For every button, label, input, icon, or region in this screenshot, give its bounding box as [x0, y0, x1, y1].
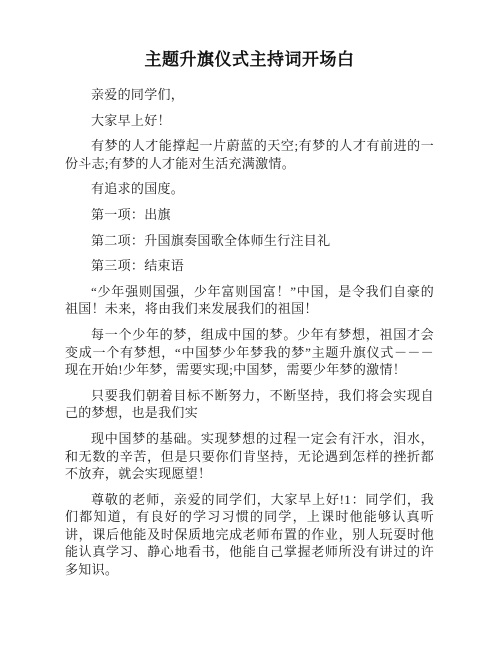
- paragraph-teachers-students: 尊敬的老师，亲爱的同学们，大家早上好!1：同学们，我们都知道，有良好的学习习惯的…: [65, 491, 434, 579]
- paragraph-good-morning: 大家早上好！: [65, 112, 434, 130]
- document-page: 主题升旗仪式主持词开场白 亲爱的同学们， 大家早上好！ 有梦的人才能撑起一片蔚蓝…: [0, 0, 500, 646]
- paragraph-pursuit: 有追求的国度。: [65, 180, 434, 198]
- paragraph-china-dream: 每一个少年的梦，组成中国的梦。少年有梦想，祖国才会变成一个有梦想，“中国梦少年梦…: [65, 326, 434, 379]
- paragraph-quote-strong-nation: “少年强则国强，少年富则国富！”中国，是令我们自豪的祖国！未来，将由我们来发展我…: [65, 283, 434, 318]
- paragraph-persist-goal: 只要我们朝着目标不断努力，不断坚持，我们将会实现自己的梦想，也是我们实: [65, 387, 434, 422]
- paragraph-dream-intro: 有梦的人才能撑起一片蔚蓝的天空;有梦的人才有前进的一份斗志;有梦的人才能对生活充…: [65, 137, 434, 172]
- paragraph-item-3: 第三项：结束语: [65, 257, 434, 275]
- paragraph-realize-dream: 现中国梦的基础。实现梦想的过程一定会有汗水，泪水，和无数的辛苦，但是只要你们肯坚…: [65, 430, 434, 483]
- paragraph-item-1: 第一项：出旗: [65, 206, 434, 224]
- document-title: 主题升旗仪式主持词开场白: [65, 48, 434, 72]
- paragraph-item-2: 第二项：升国旗奏国歌全体师生行注目礼: [65, 232, 434, 250]
- paragraph-greeting: 亲爱的同学们，: [65, 86, 434, 104]
